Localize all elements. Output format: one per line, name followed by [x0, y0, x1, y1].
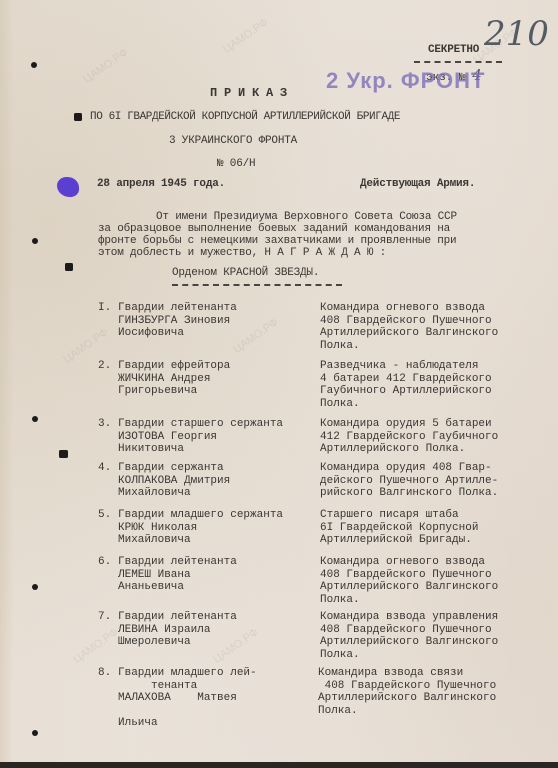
recipient-number: 4. [98, 462, 111, 474]
recipient-name: Гвардии ефрейтора ЖИЧКИНА Андрея Григорь… [118, 360, 230, 398]
punch-hole [31, 62, 37, 68]
award-title: Орденом КРАСНОЙ ЗВЕЗДЫ. [172, 267, 319, 279]
preamble-line: этом доблесть и мужество, Н А Г Р А Ж Д … [98, 247, 386, 259]
recipient-number: I. [98, 302, 111, 314]
punch-hole [74, 113, 82, 121]
watermark: ЦАМО.РФ [221, 16, 270, 56]
order-heading: П Р И К А З [210, 87, 287, 99]
recipient-position: Командира орудия 5 батареи 412 Гвардейск… [320, 418, 498, 456]
punch-hole [32, 584, 38, 590]
watermark: ЦАМО.РФ [81, 46, 130, 86]
order-date: 28 апреля 1945 года. [97, 178, 225, 190]
recipient-name: Гвардии лейтенанта ЛЕВИНА Израила Шмерол… [118, 611, 237, 649]
watermark: ЦАМО.РФ [231, 316, 280, 356]
punch-hole [65, 263, 73, 271]
document-page: ЦАМО.РФ ЦАМО.РФ ЦАМО.РФ ЦАМО.РФ ЦАМО.РФ … [0, 0, 558, 762]
recipient-position: Старшего писаря штаба 6I Гвардейской Кор… [320, 509, 478, 547]
recipient-position: Разведчика - наблюдателя 4 батареи 412 Г… [320, 360, 492, 410]
punch-hole [32, 238, 38, 244]
preamble-line: за образцовое выполнение боевых заданий … [98, 223, 450, 235]
watermark: ЦАМО.РФ [71, 626, 120, 666]
front-line: 3 УКРАИНСКОГО ФРОНТА [169, 135, 297, 147]
punch-hole [32, 730, 38, 736]
punch-hole [59, 450, 68, 458]
divider [414, 61, 502, 63]
recipient-name: Гвардии младшего лей- тенанта МАЛАХОВА М… [118, 667, 257, 730]
recipient-name: Гвардии старшего сержанта ИЗОТОВА Георги… [118, 418, 283, 456]
recipient-number: 7. [98, 611, 111, 623]
preamble-line: фронте борьбы с немецкими захватчиками и… [98, 235, 456, 247]
unit-line: ПО 6I ГВАРДЕЙСКОЙ КОРПУСНОЙ АРТИЛЛЕРИЙСК… [90, 111, 400, 123]
secrecy-label: СЕКРЕТНО [428, 44, 479, 56]
recipient-number: 8. [98, 667, 111, 679]
recipient-position: Командира огневого взвода 408 Гвардейско… [320, 302, 498, 352]
order-number: № 06/Н [217, 158, 255, 170]
handwritten-number: 210 [484, 14, 549, 54]
order-location: Действующая Армия. [360, 178, 475, 190]
recipient-number: 2. [98, 360, 111, 372]
recipient-number: 5. [98, 509, 111, 521]
recipient-name: Гвардии младшего сержанта КРЮК Николая М… [118, 509, 283, 547]
punch-hole [32, 416, 38, 422]
recipient-name: Гвардии лейтенанта ЛЕМЕШ Ивана Ананьевич… [118, 556, 237, 594]
recipient-number: 3. [98, 418, 111, 430]
front-stamp: 2 Укр. ФРОНТ [326, 68, 485, 94]
award-underline [172, 284, 342, 286]
recipient-name: Гвардии лейтенанта ГИНЗБУРГА Зиновия Иос… [118, 302, 237, 340]
recipient-number: 6. [98, 556, 111, 568]
recipient-name: Гвардии сержанта КОЛПАКОВА Дмитрия Михай… [118, 462, 230, 500]
preamble-line: От имени Президиума Верховного Совета Со… [156, 211, 457, 223]
recipient-position: Командира взвода связи 408 Гвардейского … [318, 667, 496, 717]
ink-blot [57, 177, 79, 197]
recipient-position: Командира орудия 408 Гвар- дейского Пуше… [320, 462, 498, 500]
recipient-position: Командира огневого взвода 408 Гвардейско… [320, 556, 498, 606]
recipient-position: Командира взвода управления 408 Гвардейс… [320, 611, 498, 661]
